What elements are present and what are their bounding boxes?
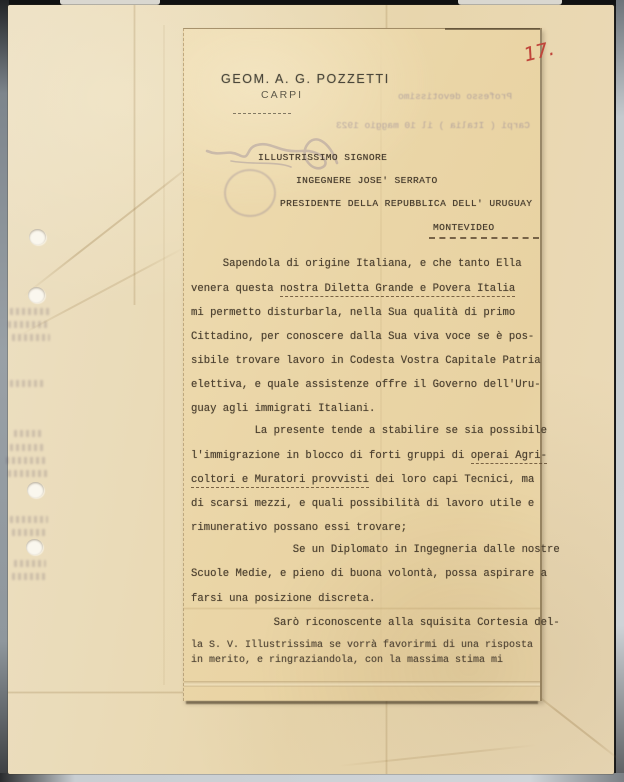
bleedthrough-smudge bbox=[14, 560, 46, 567]
montevideo-underline bbox=[429, 237, 539, 239]
bleedthrough-closing: Professo devotissimo bbox=[398, 91, 512, 102]
body-line: in merito, e ringraziandola, con la mass… bbox=[191, 655, 503, 666]
body-text: Sapendola di origine Italiana, e che tan… bbox=[191, 258, 522, 270]
recipient-line: MONTEVIDEO bbox=[433, 222, 495, 233]
body-text: La presente tende a stabilire se sia pos… bbox=[191, 425, 547, 437]
punch-hole bbox=[29, 229, 46, 245]
body-line: Scuole Medie, e pieno di buona volontà, … bbox=[191, 568, 547, 580]
fold-crease bbox=[163, 25, 165, 685]
body-text: Sarò riconoscente alla squisita Cortesia… bbox=[191, 617, 560, 629]
bleedthrough-smudge bbox=[8, 470, 48, 477]
bleedthrough-smudge bbox=[10, 444, 46, 451]
body-line: sibile trovare lavoro in Codesta Vostra … bbox=[191, 355, 541, 367]
bleedthrough-smudge bbox=[6, 457, 48, 464]
body-text: l'immigrazione in blocco di forti gruppi… bbox=[191, 450, 471, 462]
body-text: Cittadino, per conoscere dalla Sua viva … bbox=[191, 331, 534, 343]
bleedthrough-smudge bbox=[12, 334, 50, 341]
body-line: l'immigrazione in blocco di forti gruppi… bbox=[191, 450, 547, 462]
fold-crease bbox=[338, 744, 537, 767]
recipient-line: PRESIDENTE DELLA REPUBBLICA DELL' URUGUA… bbox=[280, 198, 532, 209]
fold-crease bbox=[184, 681, 540, 687]
body-text: di scarsi mezzi, e quali possibilità di … bbox=[191, 498, 534, 510]
body-line: elettiva, e quale assistenze offre il Go… bbox=[191, 379, 541, 391]
body-line: venera questa nostra Diletta Grande e Po… bbox=[191, 283, 515, 295]
body-text: elettiva, e quale assistenze offre il Go… bbox=[191, 379, 541, 391]
body-line: Sarò riconoscente alla squisita Cortesia… bbox=[191, 617, 560, 629]
recipient-line: INGEGNERE JOSE' SERRATO bbox=[296, 175, 438, 186]
fold-crease bbox=[184, 607, 540, 610]
bleedthrough-smudge bbox=[10, 308, 50, 315]
body-text: in merito, e ringraziandola, con la mass… bbox=[191, 655, 503, 666]
body-line: La presente tende a stabilire se sia pos… bbox=[191, 425, 547, 437]
bleedthrough-smudge bbox=[8, 321, 50, 328]
bleedthrough-smudge bbox=[12, 529, 48, 536]
body-text: rimunerativo possano essi trovare; bbox=[191, 522, 407, 534]
body-line: di scarsi mezzi, e quali possibilità di … bbox=[191, 498, 534, 510]
bleedthrough-stamp bbox=[224, 169, 276, 217]
body-line: guay agli immigrati Italiani. bbox=[191, 403, 375, 415]
page-bottom-shadow bbox=[186, 701, 538, 704]
body-text: farsi una posizione discreta. bbox=[191, 593, 375, 605]
body-text: venera questa bbox=[191, 283, 280, 295]
body-text: Se un Diplomato in Ingegneria dalle nost… bbox=[191, 544, 560, 556]
scanned-document: 17. GEOM. A. G. POZZETTI CARPI Professo … bbox=[0, 0, 624, 782]
recipient-line: ILLUSTRISSIMO SIGNORE bbox=[258, 152, 387, 163]
body-line: rimunerativo possano essi trovare; bbox=[191, 522, 407, 534]
scan-edge-right bbox=[616, 0, 624, 782]
body-text: dei loro capi Tecnici, ma bbox=[369, 474, 534, 486]
punch-hole bbox=[28, 287, 45, 303]
body-line: coltori e Muratori provvisti dei loro ca… bbox=[191, 474, 534, 486]
bleedthrough-smudge bbox=[10, 516, 48, 523]
fold-crease bbox=[23, 153, 205, 296]
underlined-phrase: coltori e Muratori provvisti bbox=[191, 474, 369, 488]
page-top-edge bbox=[445, 28, 540, 30]
body-line: Se un Diplomato in Ingegneria dalle nost… bbox=[191, 544, 560, 556]
body-line: Cittadino, per conoscere dalla Sua viva … bbox=[191, 331, 534, 343]
body-line: Sapendola di origine Italiana, e che tan… bbox=[191, 258, 522, 270]
body-text: la S. V. Illustrissima se vorrà favorirm… bbox=[191, 640, 533, 651]
underlined-phrase: nostra Diletta Grande e Povera Italia bbox=[280, 283, 515, 297]
fold-crease bbox=[385, 695, 388, 774]
body-text: sibile trovare lavoro in Codesta Vostra … bbox=[191, 355, 541, 367]
fold-crease bbox=[133, 5, 136, 305]
body-text: mi permetto disturbarla, nella Sua quali… bbox=[191, 307, 515, 319]
punch-hole bbox=[27, 482, 44, 498]
body-text: Scuole Medie, e pieno di buona volontà, … bbox=[191, 568, 547, 580]
body-line: farsi una posizione discreta. bbox=[191, 593, 375, 605]
bleedthrough-smudge bbox=[12, 573, 46, 580]
bleedthrough-smudge bbox=[10, 380, 44, 387]
bleedthrough-dateline: Carpi ( Italia ) il 10 maggio 1923 bbox=[336, 120, 530, 131]
body-text: guay agli immigrati Italiani. bbox=[191, 403, 375, 415]
bleedthrough-smudge bbox=[14, 430, 44, 437]
body-line: mi permetto disturbarla, nella Sua quali… bbox=[191, 307, 515, 319]
underlined-phrase: operai Agri- bbox=[471, 450, 547, 464]
punch-hole bbox=[26, 539, 43, 555]
scan-edge-bottom bbox=[0, 773, 624, 782]
letter-page: 17. GEOM. A. G. POZZETTI CARPI Professo … bbox=[183, 28, 542, 701]
body-line: la S. V. Illustrissima se vorrà favorirm… bbox=[191, 640, 533, 651]
letterhead-place: CARPI bbox=[261, 89, 303, 101]
letterhead-name: GEOM. A. G. POZZETTI bbox=[221, 72, 390, 86]
